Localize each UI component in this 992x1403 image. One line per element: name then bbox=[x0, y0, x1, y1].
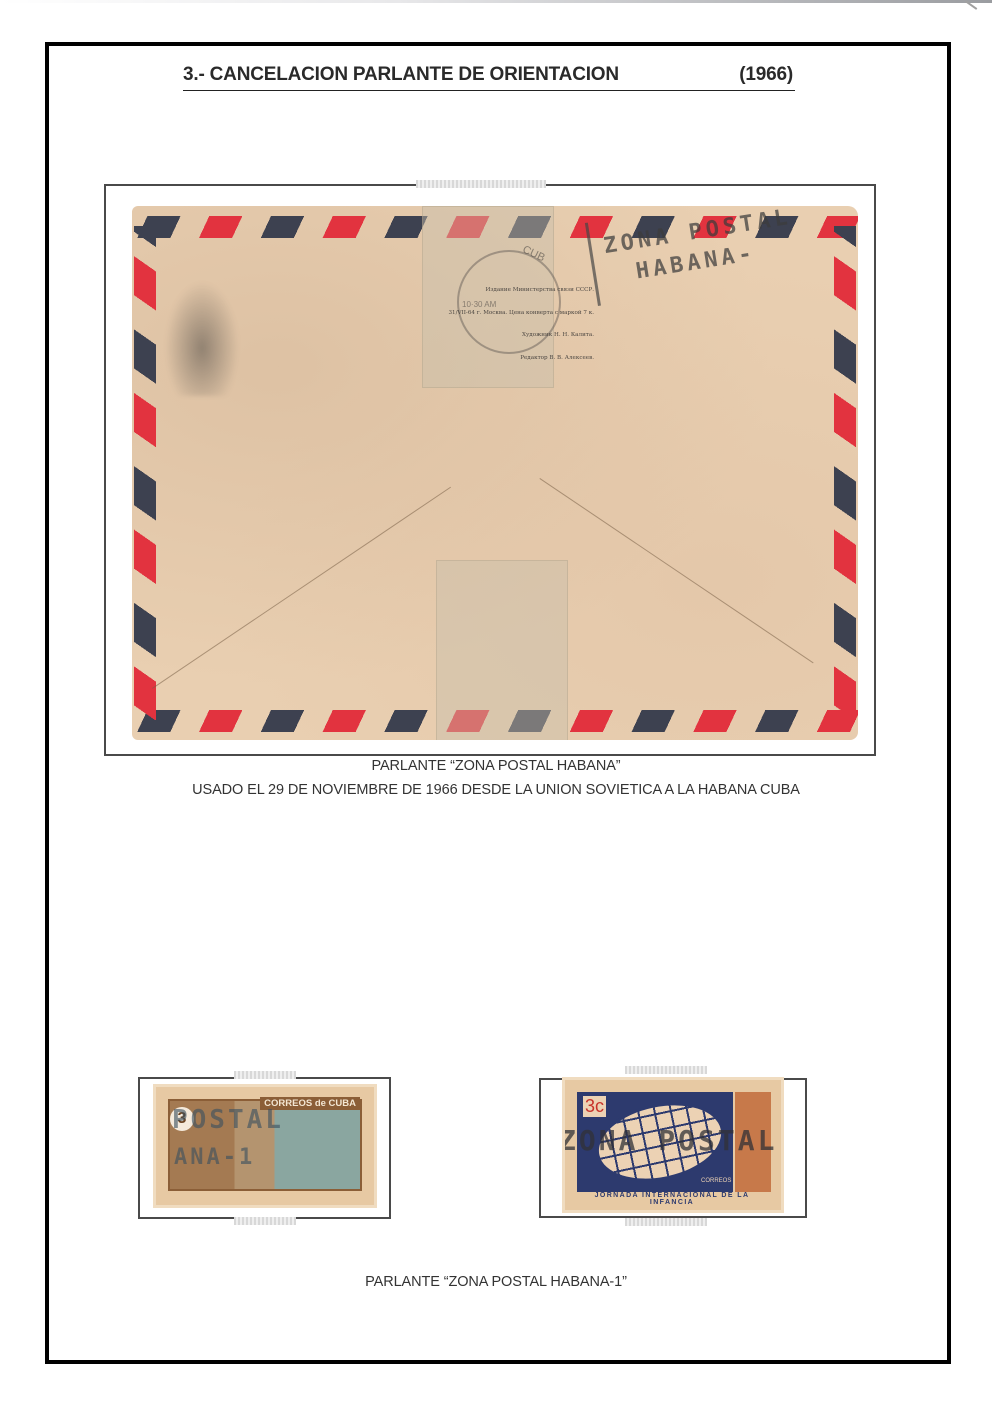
cover-caption-title: PARLANTE “ZONA POSTAL HABANA” bbox=[0, 758, 992, 774]
stamps-caption: PARLANTE “ZONA POSTAL HABANA-1” bbox=[0, 1274, 992, 1290]
stamp-value: 3c bbox=[583, 1096, 606, 1117]
stamp-mount-2: 3c CORREOS JORNADA INTERNACIONAL DE LA I… bbox=[539, 1078, 807, 1218]
stamp-jornada-infancia[interactable]: 3c CORREOS JORNADA INTERNACIONAL DE LA I… bbox=[565, 1080, 781, 1210]
cover-caption-detail: USADO EL 29 DE NOVIEMBRE DE 1966 DESDE L… bbox=[0, 782, 992, 798]
flap-fold-left bbox=[152, 487, 451, 689]
slogan-overprint-2: ANA-1 bbox=[174, 1145, 255, 1170]
soviet-imprint: Издание Министерства связи СССР. 31/VII-… bbox=[384, 272, 594, 377]
imprint-line: 31/VII-64 г. Москва. Цена конверта с мар… bbox=[384, 310, 594, 318]
tape-bottom bbox=[436, 560, 568, 740]
stamp-footer: JORNADA INTERNACIONAL DE LA INFANCIA bbox=[577, 1192, 767, 1206]
airmail-cover[interactable]: CUB 10·30 AM Издание Министерства связи … bbox=[132, 206, 858, 740]
mount-hinge bbox=[625, 1218, 707, 1226]
flap-fold-right bbox=[539, 478, 813, 663]
stamp-correos-de-cuba[interactable]: CORREOS de CUBA 3 POSTAL ANA-1 bbox=[156, 1087, 374, 1205]
airmail-border-left bbox=[134, 226, 156, 720]
mount-hinge-top bbox=[416, 180, 546, 188]
imprint-line: Редактор В. В. Алексеев. bbox=[384, 355, 594, 363]
airmail-border-right bbox=[834, 226, 856, 720]
page-title-year: (1966) bbox=[739, 64, 793, 86]
mount-hinge bbox=[625, 1066, 707, 1074]
mount-hinge bbox=[234, 1071, 296, 1079]
slogan-cancel: ZONA POSTAL HABANA- bbox=[585, 206, 848, 306]
ink-smudge bbox=[162, 276, 242, 396]
slogan-overprint-1: POSTAL bbox=[172, 1105, 284, 1135]
cover-mount: CUB 10·30 AM Издание Министерства связи … bbox=[104, 184, 876, 756]
page-title-text: 3.- CANCELACION PARLANTE DE ORIENTACION bbox=[183, 64, 619, 86]
page-title: 3.- CANCELACION PARLANTE DE ORIENTACION … bbox=[183, 64, 795, 91]
imprint-line: Издание Министерства связи СССР. bbox=[384, 287, 594, 295]
stamp-correos-label: CORREOS bbox=[701, 1178, 731, 1184]
scan-edge bbox=[0, 0, 992, 3]
stamp-mount-1: CORREOS de CUBA 3 POSTAL ANA-1 bbox=[138, 1077, 391, 1219]
slogan-overprint-1: ZONA POSTAL bbox=[565, 1124, 777, 1157]
imprint-line: Художник Н. Н. Калита. bbox=[384, 332, 594, 340]
mount-hinge bbox=[234, 1217, 296, 1225]
